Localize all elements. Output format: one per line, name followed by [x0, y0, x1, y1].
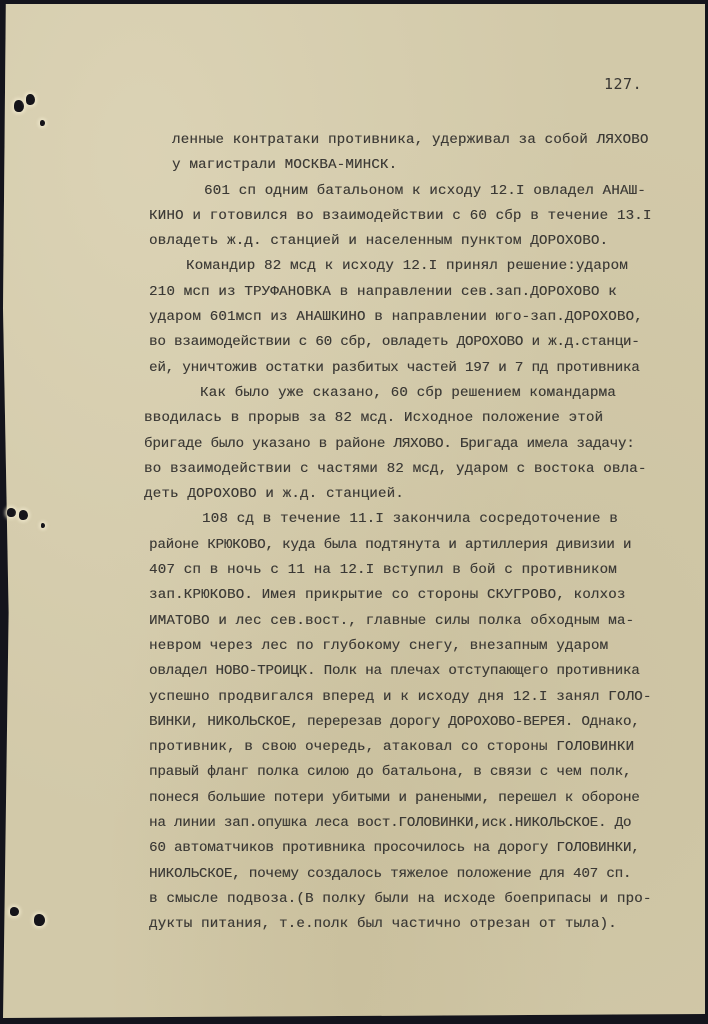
text-line: успешно продвигался вперед и к исходу дн…	[149, 685, 706, 710]
text-line: ударом 601мсп из АНАШКИНО в направлении …	[149, 305, 706, 330]
text-line: вводилась в прорыв за 82 мсд. Исходное п…	[144, 406, 706, 431]
text-line: во взаимодействии с частями 82 мсд, удар…	[144, 457, 706, 482]
text-line: зап.КРЮКОВО. Имея прикрытие со стороны С…	[149, 583, 706, 608]
text-line: дукты питания, т.е.полк был частично отр…	[149, 912, 706, 937]
punch-hole	[40, 120, 45, 126]
text-line: Командир 82 мсд к исходу 12.I принял реш…	[146, 254, 706, 279]
text-line: 60 автоматчиков противника просочилось н…	[149, 836, 706, 861]
text-line: у магистрали МОСКВА-МИНСК.	[172, 153, 706, 178]
text-line: деть ДОРОХОВО и ж.д. станцией.	[144, 482, 706, 507]
scan-background: 127. ленные контратаки противника, удерж…	[0, 0, 708, 1024]
text-line: Как было уже сказано, 60 сбр решением ко…	[146, 381, 706, 406]
punch-hole	[34, 914, 45, 926]
punch-hole	[14, 100, 24, 112]
text-line: противник, в свою очередь, атаковал со с…	[149, 735, 706, 760]
text-line: 210 мсп из ТРУФАНОВКА в направлении сев.…	[149, 280, 706, 305]
text-line: 108 сд в течение 11.I закончила сосредот…	[146, 507, 706, 532]
text-line: понеся большие потери убитыми и ранеными…	[149, 786, 706, 811]
punch-hole	[10, 907, 19, 916]
text-line: невром через лес по глубокому снегу, вне…	[149, 634, 706, 659]
text-line: КИНО и готовился во взаимодействии с 60 …	[149, 204, 706, 229]
text-line: на линии зап.опушка леса вост.ГОЛОВИНКИ,…	[149, 811, 706, 836]
text-line: ИМАТОВО и лес сев.вост., главные силы по…	[149, 609, 706, 634]
text-line: бригаде было указано в районе ЛЯХОВО. Бр…	[144, 432, 706, 457]
text-line: во взаимодействии с 60 сбр, овладеть ДОР…	[149, 330, 706, 355]
punch-hole	[26, 94, 35, 105]
text-line: овладел НОВО-ТРОИЦК. Полк на плечах отст…	[149, 659, 706, 684]
text-line: в смысле подвоза.(В полку были на исходе…	[149, 887, 706, 912]
text-line: правый фланг полка силою до батальона, в…	[149, 760, 706, 785]
text-line: НИКОЛЬСКОЕ, почему создалось тяжелое пол…	[149, 862, 706, 887]
typewritten-text: ленные контратаки противника, удерживал …	[146, 128, 706, 938]
text-line: 407 сп в ночь с 11 на 12.I вступил в бой…	[149, 558, 706, 583]
text-line: овладеть ж.д. станцией и населенным пунк…	[149, 229, 706, 254]
page-number: 127.	[604, 75, 642, 93]
punch-hole	[7, 508, 16, 517]
text-line: ленные контратаки противника, удерживал …	[172, 128, 706, 153]
text-line: ВИНКИ, НИКОЛЬСКОЕ, перерезав дорогу ДОРО…	[149, 710, 706, 735]
text-line: ей, уничтожив остатки разбитых частей 19…	[149, 356, 706, 381]
punch-hole	[41, 523, 45, 528]
text-line: 601 сп одним батальоном к исходу 12.I ов…	[146, 179, 706, 204]
text-line: районе КРЮКОВО, куда была подтянута и ар…	[149, 533, 706, 558]
punch-hole	[19, 510, 28, 520]
